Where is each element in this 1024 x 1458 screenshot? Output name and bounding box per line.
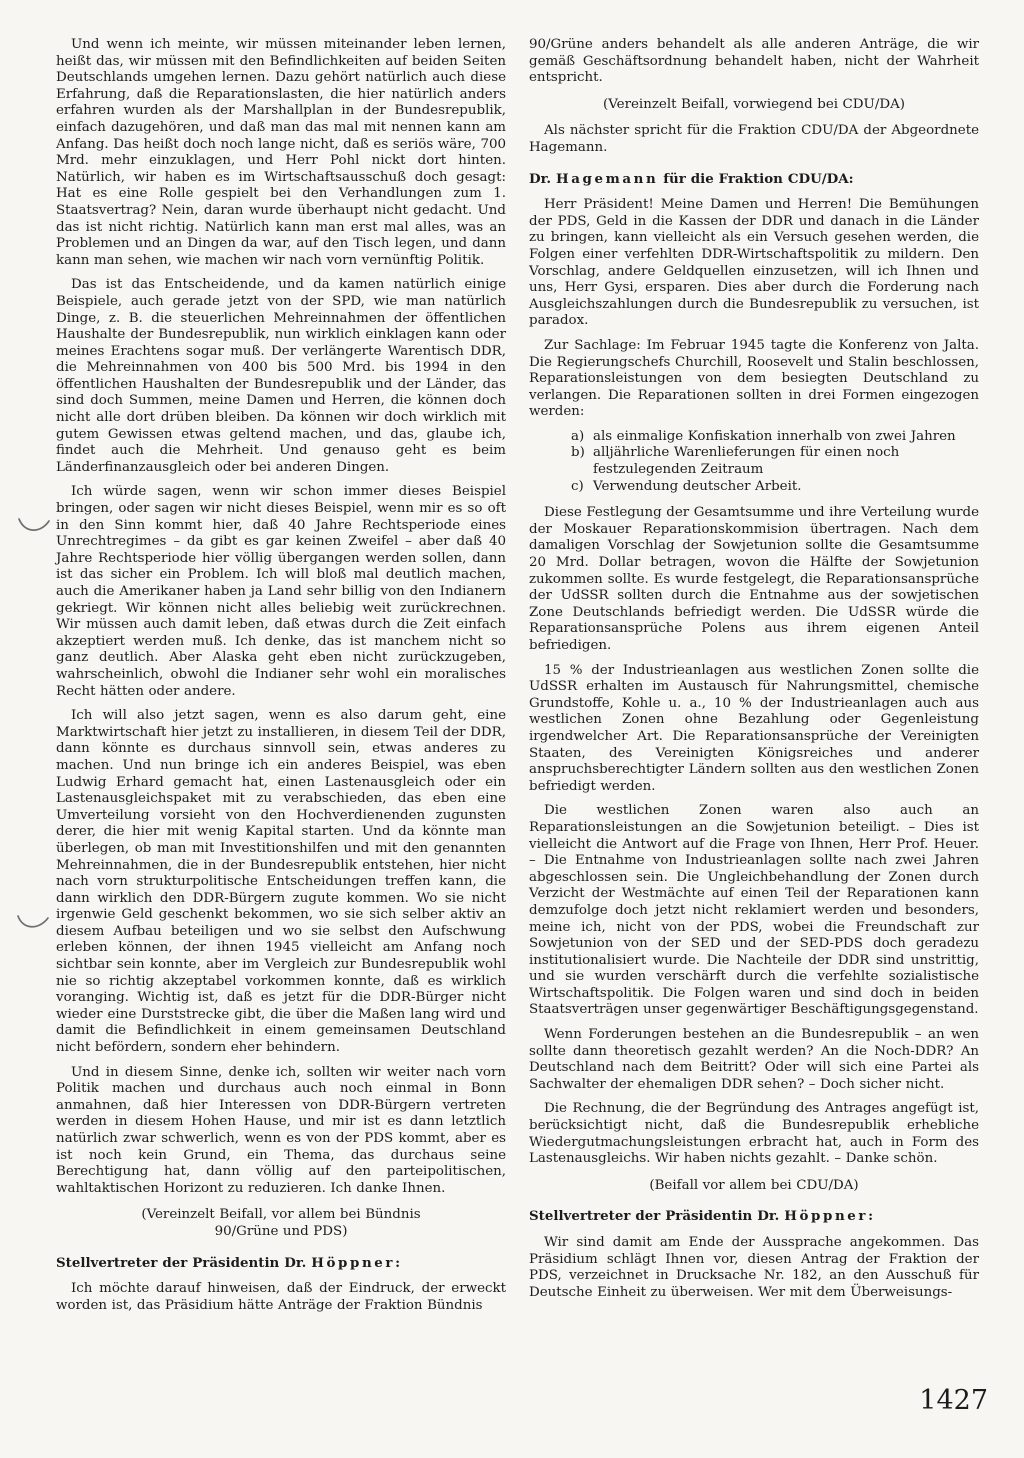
stage-direction: (Vereinzelt Beifall, vor allem bei Bündn…: [56, 1207, 506, 1240]
paragraph: Das ist das Entscheidende, und da kamen …: [56, 277, 506, 476]
list-text: alljährliche Warenlieferungen für einen …: [593, 445, 979, 478]
speaker-name: Höppner: [784, 1208, 868, 1224]
paragraph: Ich möchte darauf hinweisen, daß der Ein…: [56, 1281, 506, 1314]
paragraph: Und in diesem Sinne, denke ich, sollten …: [56, 1065, 506, 1198]
paragraph: Zur Sachlage: Im Februar 1945 tagte die …: [529, 338, 979, 421]
heading-text: Stellvertreter der Präsidentin Dr.: [529, 1208, 784, 1224]
pen-mark-icon: [16, 512, 52, 540]
heading-text: für die Fraktion CDU/DA:: [658, 171, 853, 187]
list-text: als einmalige Konfiskation innerhalb von…: [593, 429, 979, 446]
paragraph: Ich will also jetzt sagen, wenn es also …: [56, 708, 506, 1056]
page-number: 1427: [919, 1386, 988, 1416]
list-marker: b): [571, 445, 593, 478]
heading-text: :: [395, 1255, 400, 1271]
stage-direction: (Vereinzelt Beifall, vorwiegend bei CDU/…: [529, 97, 979, 114]
left-column: Und wenn ich meinte, wir müssen miteinan…: [56, 37, 506, 1322]
document-page: Und wenn ich meinte, wir müssen miteinan…: [0, 0, 1024, 1458]
paragraph: Herr Präsident! Meine Damen und Herren! …: [529, 197, 979, 330]
list-item: b) alljährliche Warenlieferungen für ein…: [571, 445, 979, 478]
speaker-heading: Stellvertreter der Präsidentin Dr. Höppn…: [56, 1255, 506, 1272]
list-marker: c): [571, 479, 593, 496]
list-item: a) als einmalige Konfiskation innerhalb …: [571, 429, 979, 446]
paragraph: 15 % der Industrieanlagen aus westlichen…: [529, 663, 979, 796]
speaker-heading: Stellvertreter der Präsidentin Dr. Höppn…: [529, 1208, 979, 1225]
right-column: 90/Grüne anders behandelt als alle ander…: [529, 37, 979, 1309]
paragraph: Als nächster spricht für die Fraktion CD…: [529, 123, 979, 156]
paragraph: 90/Grüne anders behandelt als alle ander…: [529, 37, 979, 87]
paragraph: Ich würde sagen, wenn wir schon immer di…: [56, 484, 506, 700]
list-text: Verwendung deutscher Arbeit.: [593, 479, 979, 496]
speaker-name: Hagemann: [556, 171, 658, 187]
list-item: c) Verwendung deutscher Arbeit.: [571, 479, 979, 496]
paragraph: Die Rechnung, die der Begründung des Ant…: [529, 1101, 979, 1167]
paragraph: Die westlichen Zonen waren also auch an …: [529, 803, 979, 1019]
pen-mark-icon: [15, 908, 51, 936]
heading-text: :: [868, 1208, 873, 1224]
paragraph: Wenn Forderungen bestehen an die Bundesr…: [529, 1027, 979, 1093]
list-marker: a): [571, 429, 593, 446]
heading-text: Dr.: [529, 171, 556, 187]
speaker-heading: Dr. Hagemann für die Fraktion CDU/DA:: [529, 171, 979, 188]
speaker-name: Höppner: [311, 1255, 395, 1271]
heading-text: Stellvertreter der Präsidentin Dr.: [56, 1255, 311, 1271]
paragraph: Und wenn ich meinte, wir müssen miteinan…: [56, 37, 506, 269]
paragraph: Wir sind damit am Ende der Aussprache an…: [529, 1235, 979, 1301]
paragraph: Diese Festlegung der Gesamtsumme und ihr…: [529, 505, 979, 654]
reparations-list: a) als einmalige Konfiskation innerhalb …: [571, 429, 979, 495]
stage-direction: (Beifall vor allem bei CDU/DA): [529, 1178, 979, 1195]
